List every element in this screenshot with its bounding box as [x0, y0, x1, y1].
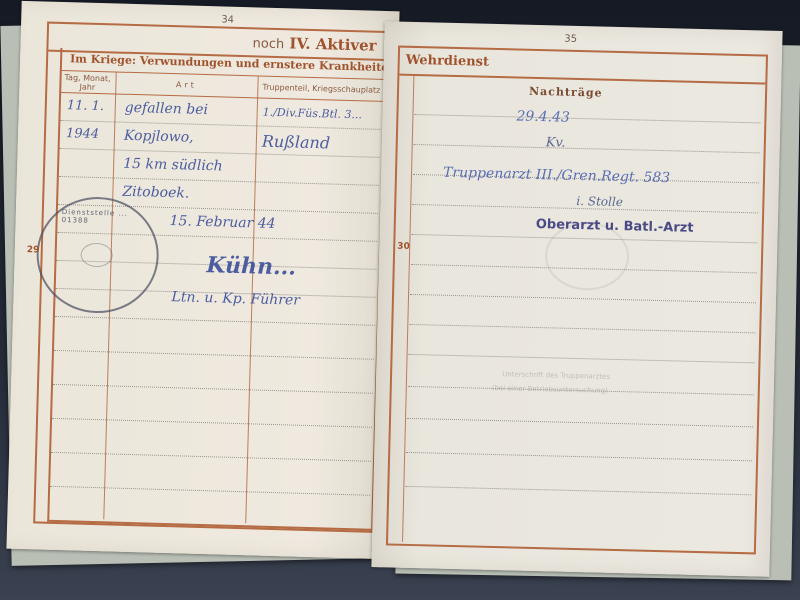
ruled-line	[414, 114, 760, 123]
signature: Kühn...	[206, 252, 296, 280]
subtitle: Nachträge	[529, 85, 603, 100]
left-page: 34 noch IV. Aktiver Im Kriege: Verwundun…	[6, 1, 399, 559]
eagle-emblem-icon	[80, 243, 113, 268]
ruled-line	[54, 350, 374, 360]
entry-unit-doctor: Truppenarzt III./Gren.Regt. 583	[443, 165, 671, 187]
entry-signature: i. Stolle	[576, 194, 623, 209]
page-number-34: 34	[221, 14, 234, 25]
signature-title: Ltn. u. Kp. Führer	[171, 289, 300, 309]
faint-print-line-1: Unterschrift des Truppenarztes	[502, 370, 610, 381]
ruled-line	[53, 384, 373, 394]
round-official-stamp: Dienststelle ... 01388	[35, 195, 160, 314]
ruled-line	[60, 148, 380, 158]
entry-classification: Kv.	[546, 135, 566, 150]
ruled-line	[405, 486, 751, 495]
entry-unit-line-2: Rußland	[262, 132, 331, 153]
right-page-frame: Wehrdienst Nachträge Unterschrift des Tr…	[386, 46, 768, 555]
margin-rule	[402, 76, 414, 542]
round-stamp-text: Dienststelle ... 01388	[62, 208, 158, 227]
ruled-line	[59, 176, 379, 186]
entry-date: 29.4.43	[516, 108, 570, 125]
ruled-line	[409, 324, 755, 333]
section-title-prefix: noch	[252, 36, 284, 52]
entry-unit-line-1: 1./Div.Füs.Btl. 3...	[263, 106, 363, 122]
page-number-35: 35	[564, 34, 577, 45]
dated-line: 15. Februar 44	[169, 213, 275, 232]
column-header-type: Art	[121, 79, 251, 92]
entry-type-line-3: 15 km südlich	[123, 156, 223, 175]
entry-type-line-4: Zitoboek.	[122, 184, 189, 202]
ruled-line	[55, 316, 375, 326]
right-page: 35 Wehrdienst Nachträge Unterschrift des…	[371, 21, 782, 577]
ruled-line	[407, 418, 753, 427]
ruled-line	[51, 452, 371, 462]
entry-date-day: 11. 1.	[67, 98, 105, 114]
entry-date-year: 1944	[66, 126, 99, 142]
column-header-date: Tag, Monat, Jahr	[63, 73, 111, 92]
ruled-line	[60, 120, 380, 130]
section-title-text: IV. Aktiver	[289, 34, 377, 54]
margin-number-30: 30	[397, 242, 410, 252]
ruled-line	[414, 144, 760, 153]
table-frame: Im Kriege: Verwundungen und ernstere Kra…	[47, 48, 384, 531]
margin-number-29: 29	[27, 245, 40, 255]
section-title: Wehrdienst	[406, 53, 490, 70]
ruled-line	[410, 294, 756, 303]
ruled-line	[409, 354, 755, 363]
entry-type-line-2: Kopjlowo,	[124, 128, 194, 146]
entry-type-line-1: gefallen bei	[125, 100, 209, 118]
section-title: noch IV. Aktiver	[252, 32, 376, 54]
section-title-band: Wehrdienst	[399, 48, 766, 85]
ruled-line	[50, 486, 370, 496]
column-header-unit: Truppenteil, Kriegsschauplatz	[261, 83, 381, 95]
ruled-line	[406, 452, 752, 461]
ruled-line	[52, 418, 372, 428]
